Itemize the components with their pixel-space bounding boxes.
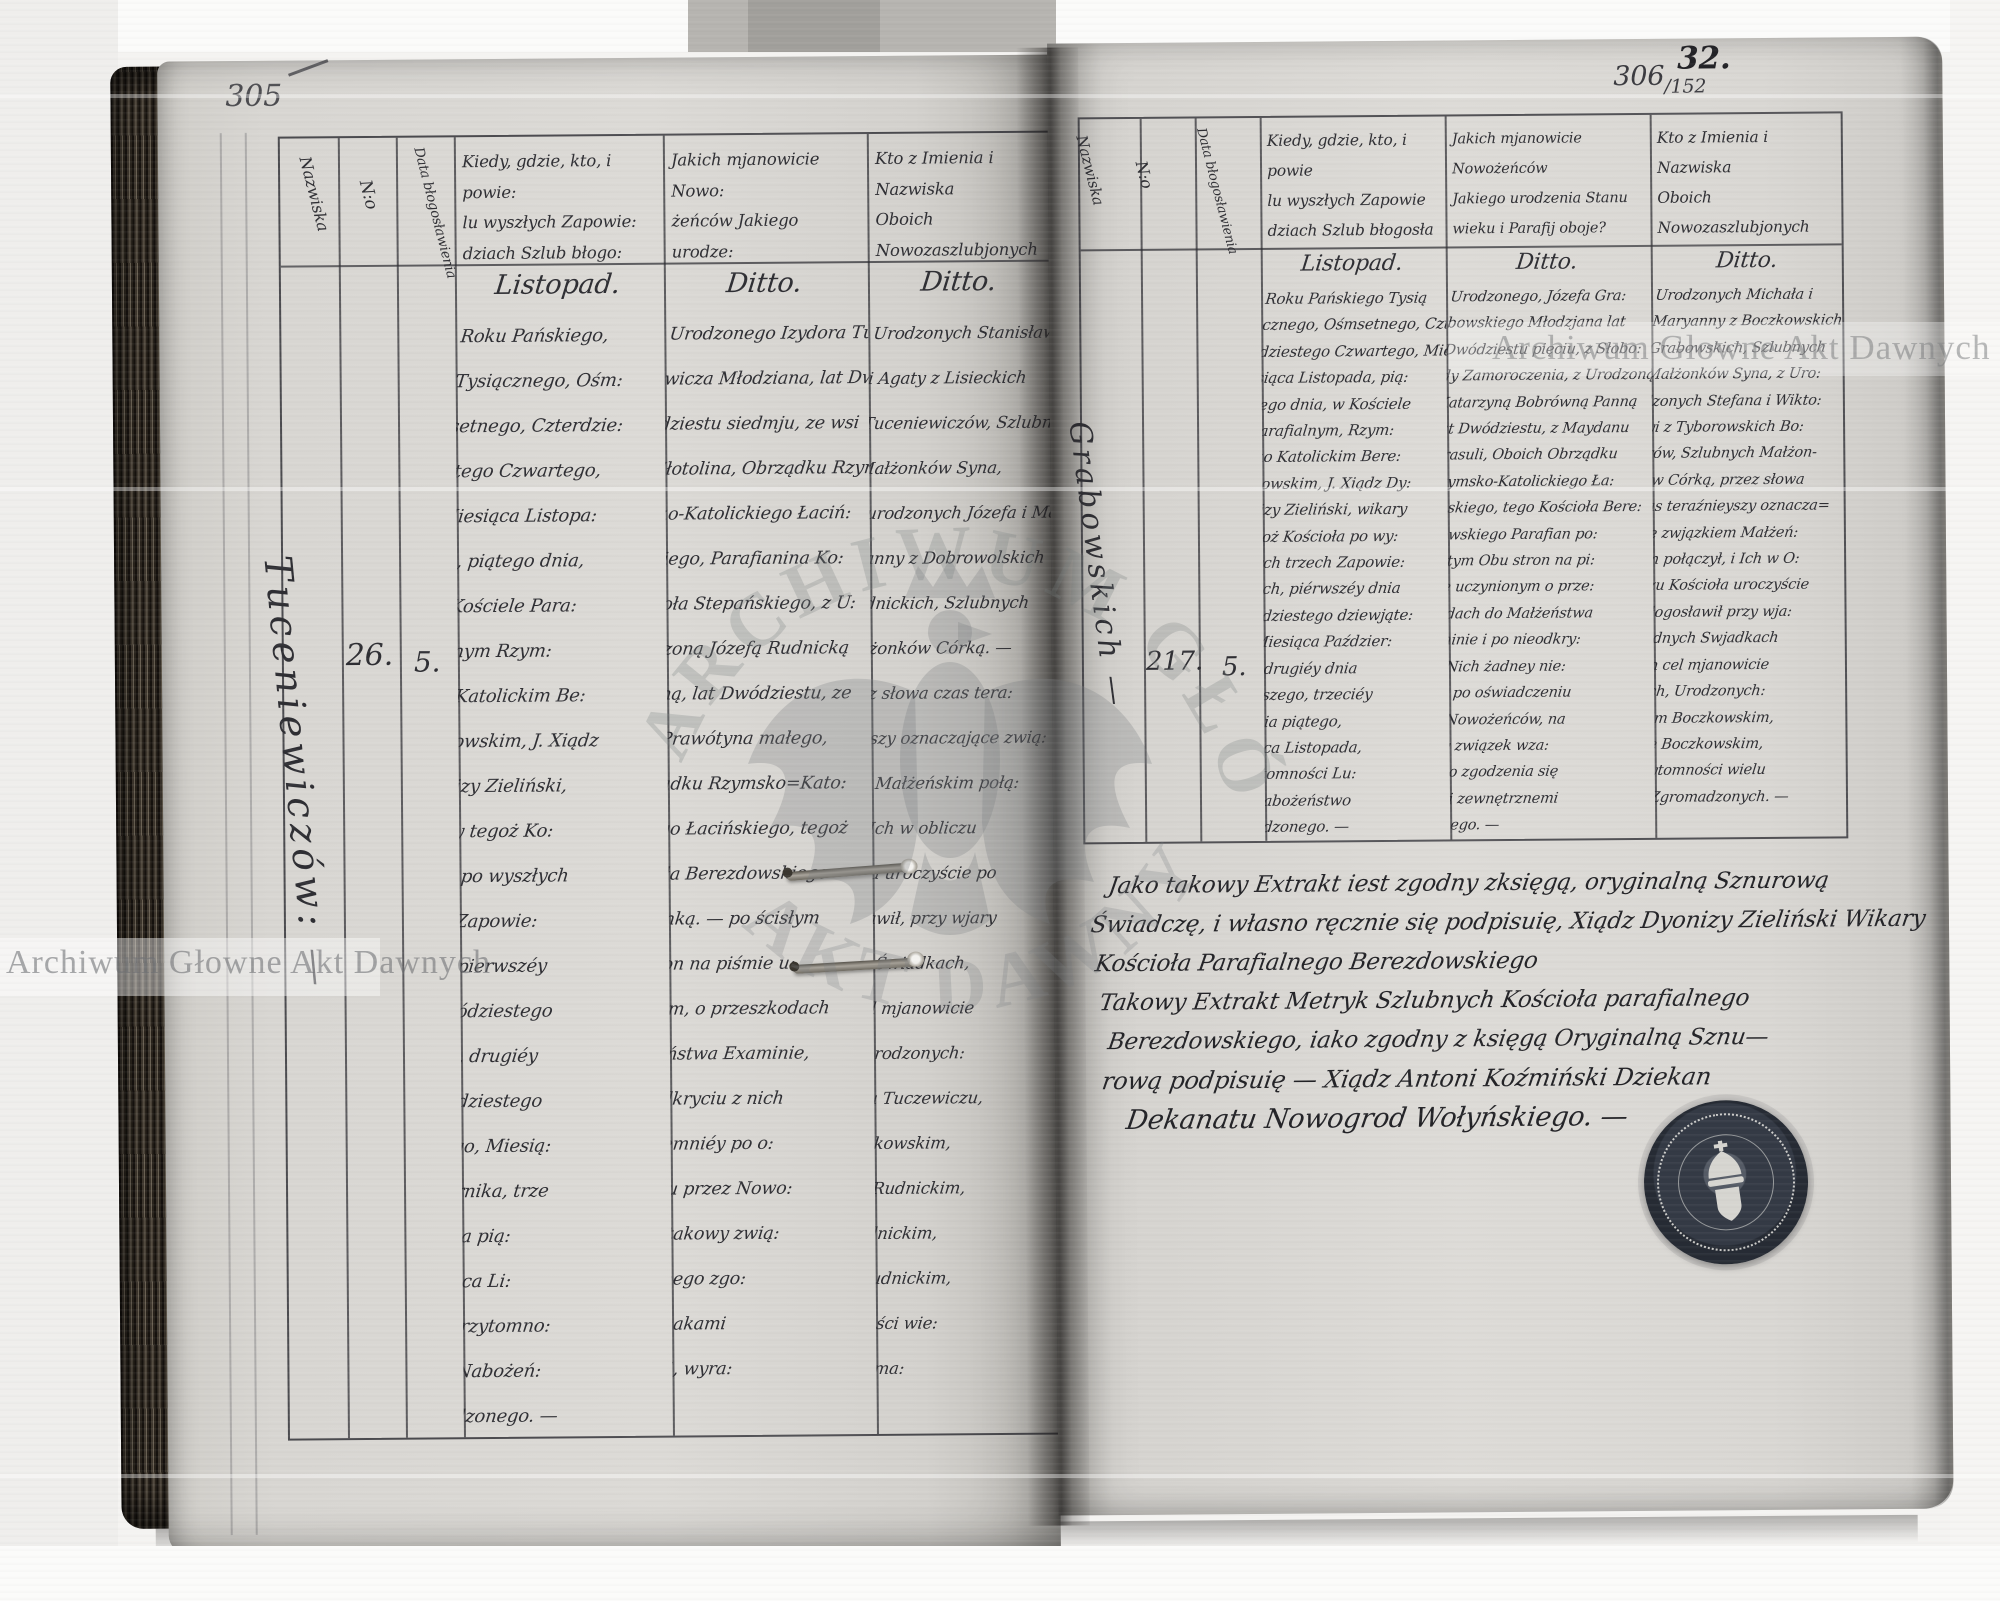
archive-watermark-text: Archiwum Głowne Akt Dawnych [6, 944, 491, 982]
archive-eagle-watermark: ARCHIWUM GŁÓWNE AKT DAWNYCH [610, 420, 1290, 1160]
column-divider-line [396, 138, 408, 1438]
column-divider-line [338, 138, 350, 1438]
right-header-witnesses: Kto z Imienia i Nazwiska Oboich Nowozasz… [1650, 113, 1846, 245]
seal-mitre-emblem [1690, 1136, 1762, 1228]
right-page-number: 306/152 [1613, 60, 1706, 98]
left-header-who: Jakich mjanowicie Nowo: żeńców Jakiego u… [663, 134, 868, 263]
left-header-number: N:o [355, 178, 382, 212]
right-entry-ditto-witnesses: Ditto. [1653, 247, 1840, 282]
left-entry-number: 26. [346, 638, 393, 673]
left-entry-date: 5. [414, 645, 441, 678]
right-header-when: Kiedy, gdzie, kto, i powie lu wyszłych Z… [1260, 116, 1446, 247]
left-header-surname: Nazwiska [296, 154, 334, 233]
left-header-when: Kiedy, gdzie, kto, i powie: lu wyszłych … [454, 136, 664, 265]
left-entry-ditto-who: Ditto. [667, 267, 860, 313]
scan-streak [0, 487, 2000, 491]
archive-watermark-text: Archiwum Głowne Akt Dawnych [1492, 328, 1990, 368]
right-header-number: N:o [1132, 159, 1157, 191]
scan-streak [0, 1474, 2000, 1478]
pencil-tick-mark [288, 59, 328, 76]
right-page-number-main: 306 [1613, 61, 1664, 92]
left-entry-surname: Tuceniewiczów: — [255, 553, 340, 992]
right-header-who: Jakich mjanowicie Nowożeńców Jakiego uro… [1445, 115, 1651, 247]
right-entry-month: Listopad. [1263, 251, 1440, 286]
scan-streak [0, 94, 2000, 98]
left-header-date: Data błogosławienia [410, 145, 459, 280]
margin-rule-line [245, 133, 258, 1535]
right-entry-ditto-who: Ditto. [1448, 249, 1645, 285]
archival-scan: 305 Nazwiska N:o Data błogosławienia Kie… [0, 0, 2000, 1601]
scanner-background-bottom [0, 1546, 2000, 1601]
margin-rule-line [220, 133, 233, 1535]
right-header-date: Data błogosławienia [1193, 126, 1240, 256]
left-entry-month: Listopad. [458, 269, 656, 315]
